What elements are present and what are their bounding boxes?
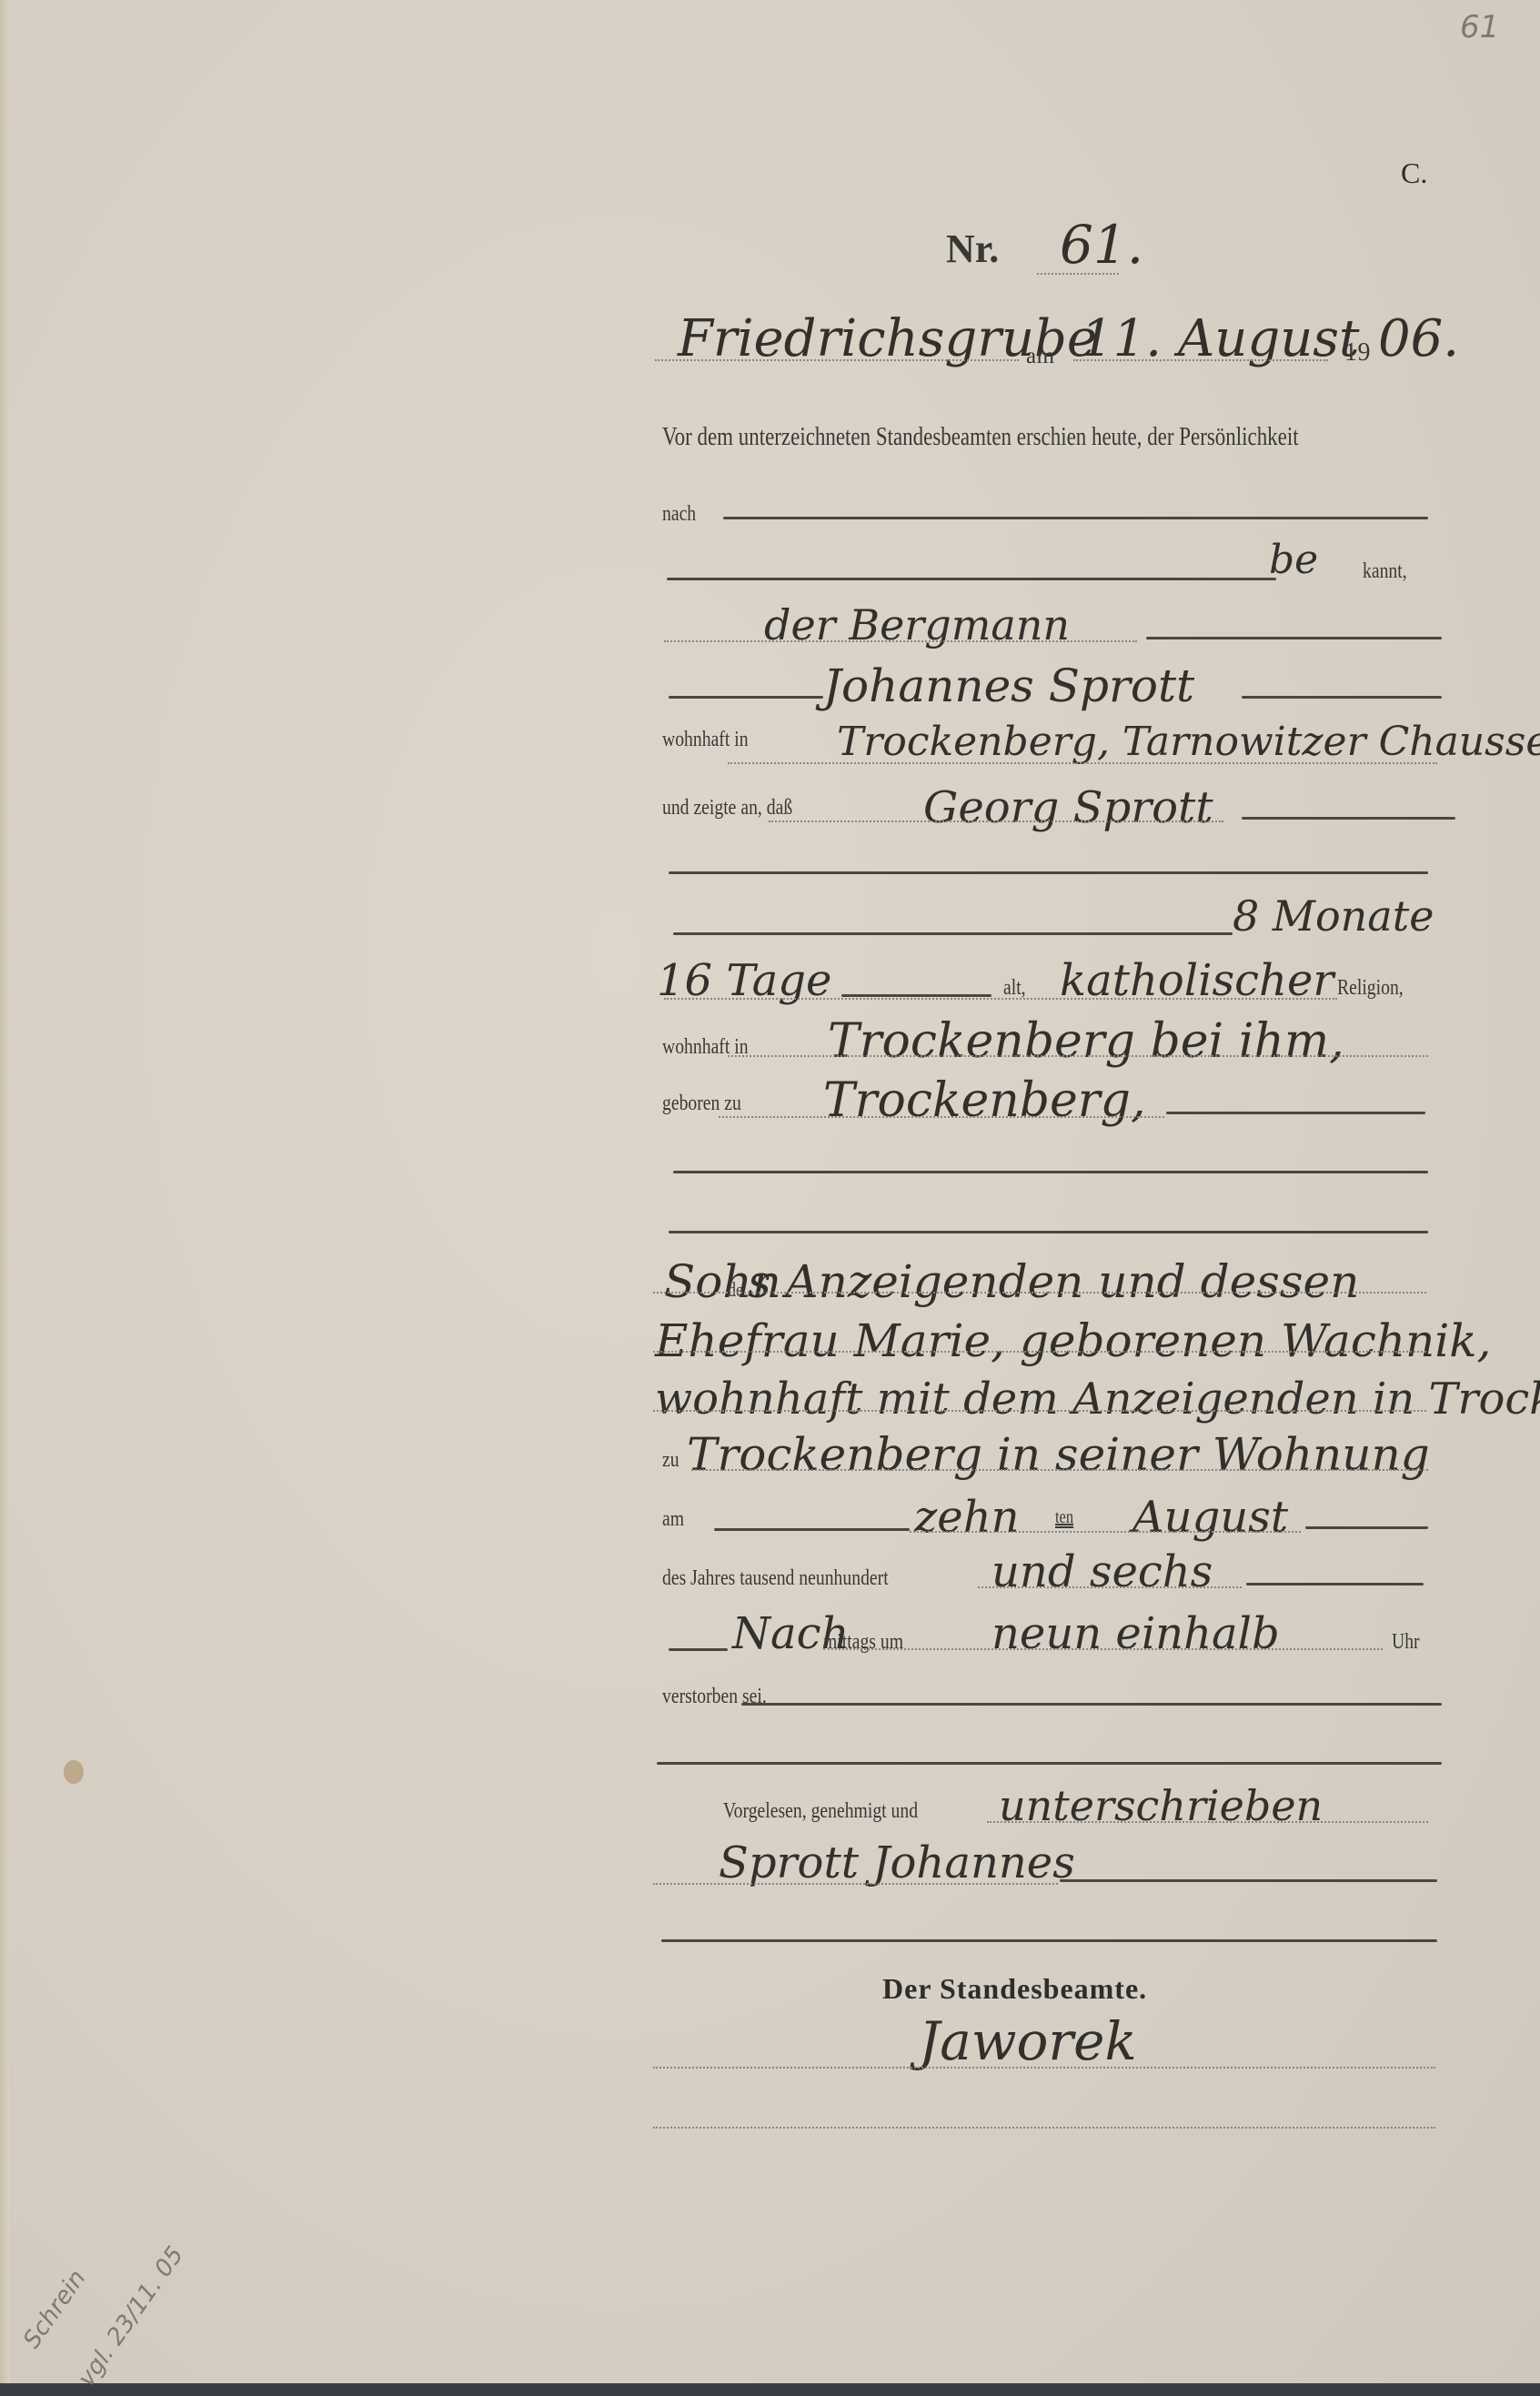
deceased-name: Georg Sprott <box>923 782 1213 833</box>
informant-name: Johannes Sprott <box>823 659 1194 712</box>
death-year: und sechs <box>991 1546 1213 1597</box>
birthplace-label: geboren zu <box>662 1092 741 1116</box>
parents-line1-b: s Anzeigenden und dessen <box>748 1255 1359 1308</box>
deceased-residence: Trockenberg bei ihm, <box>828 1014 1344 1069</box>
reported-label: und zeigte an, daß <box>662 796 792 820</box>
year-suffix: 06. <box>1378 309 1459 368</box>
religion-label: Religion, <box>1337 976 1404 1001</box>
informant-residence-label: wohnhaft in <box>662 728 749 752</box>
alt-label: alt, <box>1003 976 1026 1001</box>
scan-bottom-edge <box>0 2383 1540 2396</box>
year-prefix: 19 <box>1344 338 1371 367</box>
known-suffix: kannt, <box>1363 559 1407 584</box>
informant-signature: Sprott Johannes <box>719 1837 1075 1888</box>
closing-label: Vorgelesen, genehmigt und <box>723 1799 918 1824</box>
page-number-pencil: 61 <box>1460 9 1499 45</box>
parents-line3: wohnhaft mit dem Anzeigenden in Trockenb… <box>655 1374 1540 1425</box>
ten-label: ten <box>1055 1507 1073 1528</box>
death-hour: neun einhalb <box>991 1608 1280 1659</box>
death-place: Trockenberg in seiner Wohnung <box>687 1428 1430 1481</box>
known-value: be <box>1269 537 1318 583</box>
uhr-label: Uhr <box>1392 1630 1420 1655</box>
record-number-value: 61. <box>1060 214 1143 276</box>
registrar-signature: Jaworek <box>919 2010 1137 2072</box>
am-label: am <box>1026 344 1055 369</box>
mittags-label: mittags um <box>823 1630 903 1655</box>
record-number-label: Nr. <box>946 226 999 272</box>
death-year-label: des Jahres tausend neunhundert <box>662 1566 889 1591</box>
registrar-heading: Der Standesbeamte. <box>882 1972 1147 2006</box>
informant-residence: Trockenberg, Tarnowitzer Chaussee 52 <box>837 719 1540 765</box>
death-place-label: zu <box>662 1448 679 1473</box>
death-day-label: am <box>662 1507 684 1532</box>
death-day: zehn <box>914 1492 1020 1543</box>
nach-label: nach <box>662 502 696 527</box>
parents-line1-label: de <box>728 1278 743 1302</box>
form-letter: C. <box>1401 156 1427 190</box>
paper-stain <box>64 1760 84 1784</box>
death-month: August <box>1132 1492 1288 1543</box>
deceased-age-months: 8 Monate <box>1233 891 1434 941</box>
deceased-birthplace: Trockenberg, <box>823 1073 1145 1128</box>
page-binding-edge <box>0 0 9 2383</box>
parents-line2: Ehefrau Marie, geborenen Wachnik, <box>655 1314 1491 1367</box>
intro-text: Vor dem unterzeichneten Standesbeamten e… <box>662 423 1299 452</box>
